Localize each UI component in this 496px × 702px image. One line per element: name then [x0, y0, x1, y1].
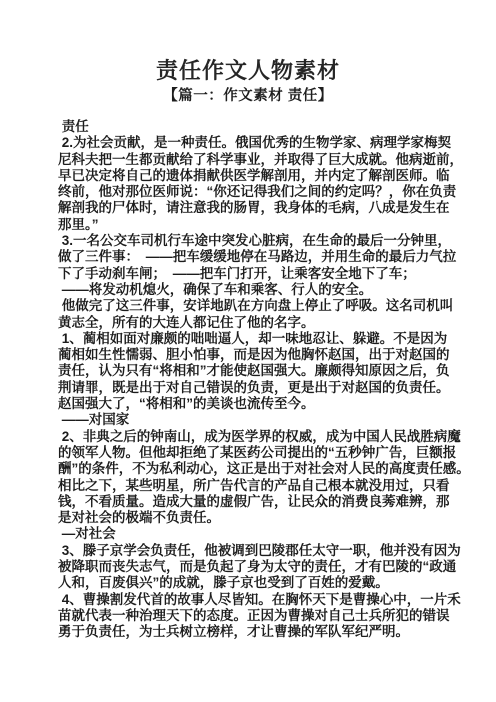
text-line: 苗就代表一种治理天下的态度。正因为曹操对自己士兵所犯的错误 — [58, 608, 478, 624]
text-line: ——将发动机熄火，确保了车和乘客、行人的安全。 — [58, 282, 478, 298]
text-line: 钱，不看质量。造成大量的虚假广告，让民众的消费良莠难辨，那 — [58, 494, 478, 510]
text-line: 赵国强大了，“将相和”的美谈也流传至今。 — [58, 396, 478, 412]
document-title: 责任作文人物素材 — [0, 0, 496, 84]
text-line: 1、蔺相如面对廉颇的咄咄逼人，却一味地忍让、躲避。不是因为 — [58, 331, 478, 347]
text-line: 4、曹操割发代首的故事人尽皆知。在胸怀天下是曹操心中，一片禾 — [58, 592, 478, 608]
text-line: 蔺相如生性懦弱、胆小怕事，而是因为他胸怀赵国，出于对赵国的 — [58, 347, 478, 363]
text-line: 解剖我的尸体时，请注意我的肠胃，我身体的毛病，八成是发生在 — [58, 200, 478, 216]
text-line: 人和，百废俱兴”的成就，滕子京也受到了百姓的爱戴。 — [58, 575, 478, 591]
text-line: 他做完了这三件事，安详地趴在方向盘上停止了呼吸。这名司机叫 — [58, 298, 478, 314]
text-line: 2、非典之后的钟南山，成为医学界的权威，成为中国人民战胜病魔 — [58, 429, 478, 445]
text-line: 责任，认为只有“将相和”才能使赵国强大。廉颇得知原因之后，负 — [58, 363, 478, 379]
text-line: 做了三件事： ——把车缓缓地停在马路边，并用生命的最后力气拉 — [58, 249, 478, 265]
document-body: 责任 2.为社会贡献，是一种责任。俄国优秀的生物学家、病理学家梅契尼科夫把一生都… — [0, 119, 496, 641]
text-line: 尼科夫把一生都贡献给了科学事业，并取得了巨大成就。他病逝前， — [58, 152, 478, 168]
text-line: ——对国家 — [58, 412, 478, 428]
text-line: 终前，他对那位医师说：“你还记得我们之间的约定吗？，你在负责 — [58, 184, 478, 200]
text-line: —对社会 — [58, 526, 478, 542]
text-line: 黄志全，所有的大连人都记住了他的名字。 — [58, 315, 478, 331]
text-line: 早已决定将自己的遗体捐献供医学解剖用，并内定了解剖医师。临 — [58, 168, 478, 184]
text-line: 勇于负责任，为士兵树立榜样，才让曹操的军队军纪严明。 — [58, 624, 478, 640]
text-line: 责任 — [58, 119, 478, 135]
text-line: 2.为社会贡献，是一种责任。俄国优秀的生物学家、病理学家梅契 — [58, 135, 478, 151]
text-line: 是对社会的极端不负责任。 — [58, 510, 478, 526]
text-line: 3、滕子京学会负责任，他被调到巴陵郡任太守一职，他并没有因为 — [58, 543, 478, 559]
text-line: 的领军人物。但他却拒绝了某医药公司提出的“五秒钟广告，巨额报 — [58, 445, 478, 461]
text-line: 那里。” — [58, 217, 478, 233]
text-line: 荆请罪，既是出于对自己错误的负责，更是出于对赵国的负责任。 — [58, 380, 478, 396]
text-line: 3.一名公交车司机行车途中突发心脏病，在生命的最后一分钟里， — [58, 233, 478, 249]
document-page: 责任作文人物素材 【篇一：作文素材 责任】 责任 2.为社会贡献，是一种责任。俄… — [0, 0, 496, 702]
text-line: 下了手动刹车闸； ——把车门打开，让乘客安全地下了车； — [58, 266, 478, 282]
section-heading: 【篇一：作文素材 责任】 — [0, 87, 496, 106]
text-line: 酬”的条件，不为私利动心，这正是出于对社会对人民的高度责任感。 — [58, 461, 478, 477]
text-line: 相比之下，某些明星，所广告代言的产品自己根本就没用过，只看 — [58, 478, 478, 494]
text-line: 被降职而丧失志气，而是负起了身为太守的责任，才有巴陵的“政通 — [58, 559, 478, 575]
